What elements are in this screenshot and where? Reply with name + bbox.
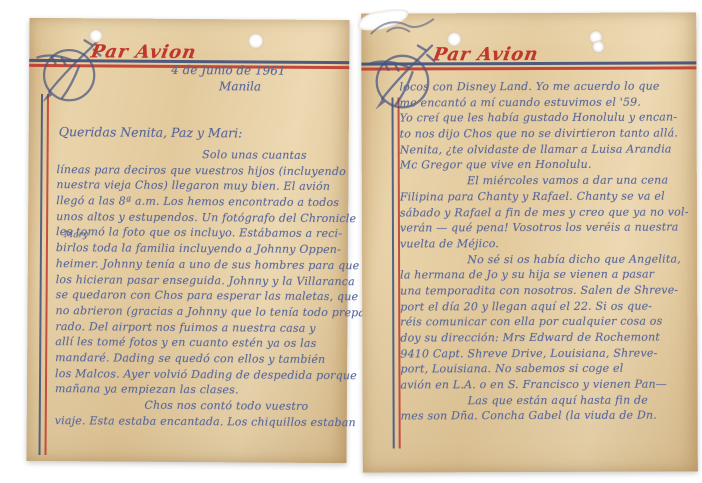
handwriting-line: vuelta de Méjico.	[400, 235, 693, 252]
scan-background: Par Avion 4 de Junio de 1961 Manila Quer…	[0, 0, 702, 483]
handwriting-line: me encantó a mí cuando estuvimos el '59.	[399, 94, 692, 111]
handwriting-line: mandaré. Dading se quedó con ellos y tam…	[55, 350, 341, 368]
letterhead-text: Par Avion	[432, 44, 541, 65]
punch-hole	[447, 32, 461, 46]
handwriting-line: Nenita, ¿te olvidaste de llamar a Luisa …	[400, 141, 693, 158]
punch-hole	[592, 41, 604, 53]
handwriting-line: mes son Dña. Concha Gabel (la viuda de D…	[401, 408, 694, 425]
punch-hole	[248, 33, 263, 48]
handwriting-line: la hermana de Jo y su hija se vienen a p…	[400, 267, 693, 284]
handwriting-line: allí les tomé fotos y en cuanto estén ya…	[55, 334, 341, 352]
handwriting-line: Las que están aquí hasta fin de	[401, 392, 694, 409]
handwriting-line: verán — qué pena! Vosotros los veréis a …	[400, 220, 693, 237]
margin-rule	[38, 94, 49, 455]
punch-hole	[89, 29, 102, 42]
handwriting-line: No sé si os había dicho que Angelita,	[400, 251, 693, 268]
handwriting-line: 9410 Capt. Shreve Drive, Louisiana, Shre…	[400, 345, 693, 362]
handwriting-line: Chos nos contó todo vuestro	[55, 397, 341, 415]
handwriting-line: heimer. Johnny tenía a uno de sus hombre…	[56, 256, 342, 274]
handwriting-line: Filipina para Chanty y Rafael. Chanty se…	[400, 188, 693, 205]
handwriting-line: Solo unas cuantas	[57, 146, 343, 164]
handwriting-line: port el día 20 y llegan aquí el 22. Si o…	[400, 298, 693, 315]
handwriting-line: to nos dijo Chos que no se divirtieron t…	[400, 125, 693, 142]
handwriting-line: se quedaron con Chos para esperar las ma…	[56, 287, 342, 305]
handwriting-line: El miércoles vamos a dar una cena	[400, 173, 693, 190]
handwriting-line: una temporadita con nosotros. Salen de S…	[400, 282, 693, 299]
interline-insertion: Mary	[64, 230, 88, 240]
pen-flourish	[367, 15, 437, 41]
handwriting-line: birlos toda la familia incluyendo a John…	[56, 240, 342, 258]
place-line: Manila	[219, 79, 261, 93]
handwriting-line: Yo creí que les había gustado Honolulu y…	[400, 110, 693, 127]
letter-page-2: Par Avion locos con Disney Land. Yo me a…	[361, 12, 698, 472]
handwriting-line: llegó a las 8ª a.m. Los hemos encontrado…	[56, 193, 342, 211]
handwriting-line: no abrieron (gracias a Johnny que lo ten…	[55, 303, 341, 321]
handwriting-line: Mc Gregor que vive en Honolulu.	[400, 157, 693, 174]
letterhead-text: Par Avion	[89, 41, 198, 63]
date-line: 4 de Junio de 1961	[171, 63, 285, 78]
letter-page-1: Par Avion 4 de Junio de 1961 Manila Quer…	[26, 18, 349, 463]
handwriting-line: doy su dirección: Mrs Edward de Rochemon…	[400, 329, 693, 346]
handwriting-line: avión en L.A. o en S. Francisco y vienen…	[400, 376, 693, 393]
letter-body: Solo unas cuantaslíneas para deciros que…	[55, 146, 343, 430]
handwriting-line: réis comunicar con ella por cualquier co…	[400, 314, 693, 331]
salutation: Queridas Nenita, Paz y Mari:	[59, 124, 243, 140]
handwriting-line: sábado y Rafael a fin de mes y creo que …	[400, 204, 693, 221]
handwriting-line: viaje. Esta estaba encantada. Los chiqui…	[55, 413, 341, 431]
letter-body: locos con Disney Land. Yo me acuerdo lo …	[399, 78, 693, 424]
handwriting-line: locos con Disney Land. Yo me acuerdo lo …	[399, 78, 692, 95]
handwriting-line: port, Louisiana. No sabemos si coge el	[400, 361, 693, 378]
